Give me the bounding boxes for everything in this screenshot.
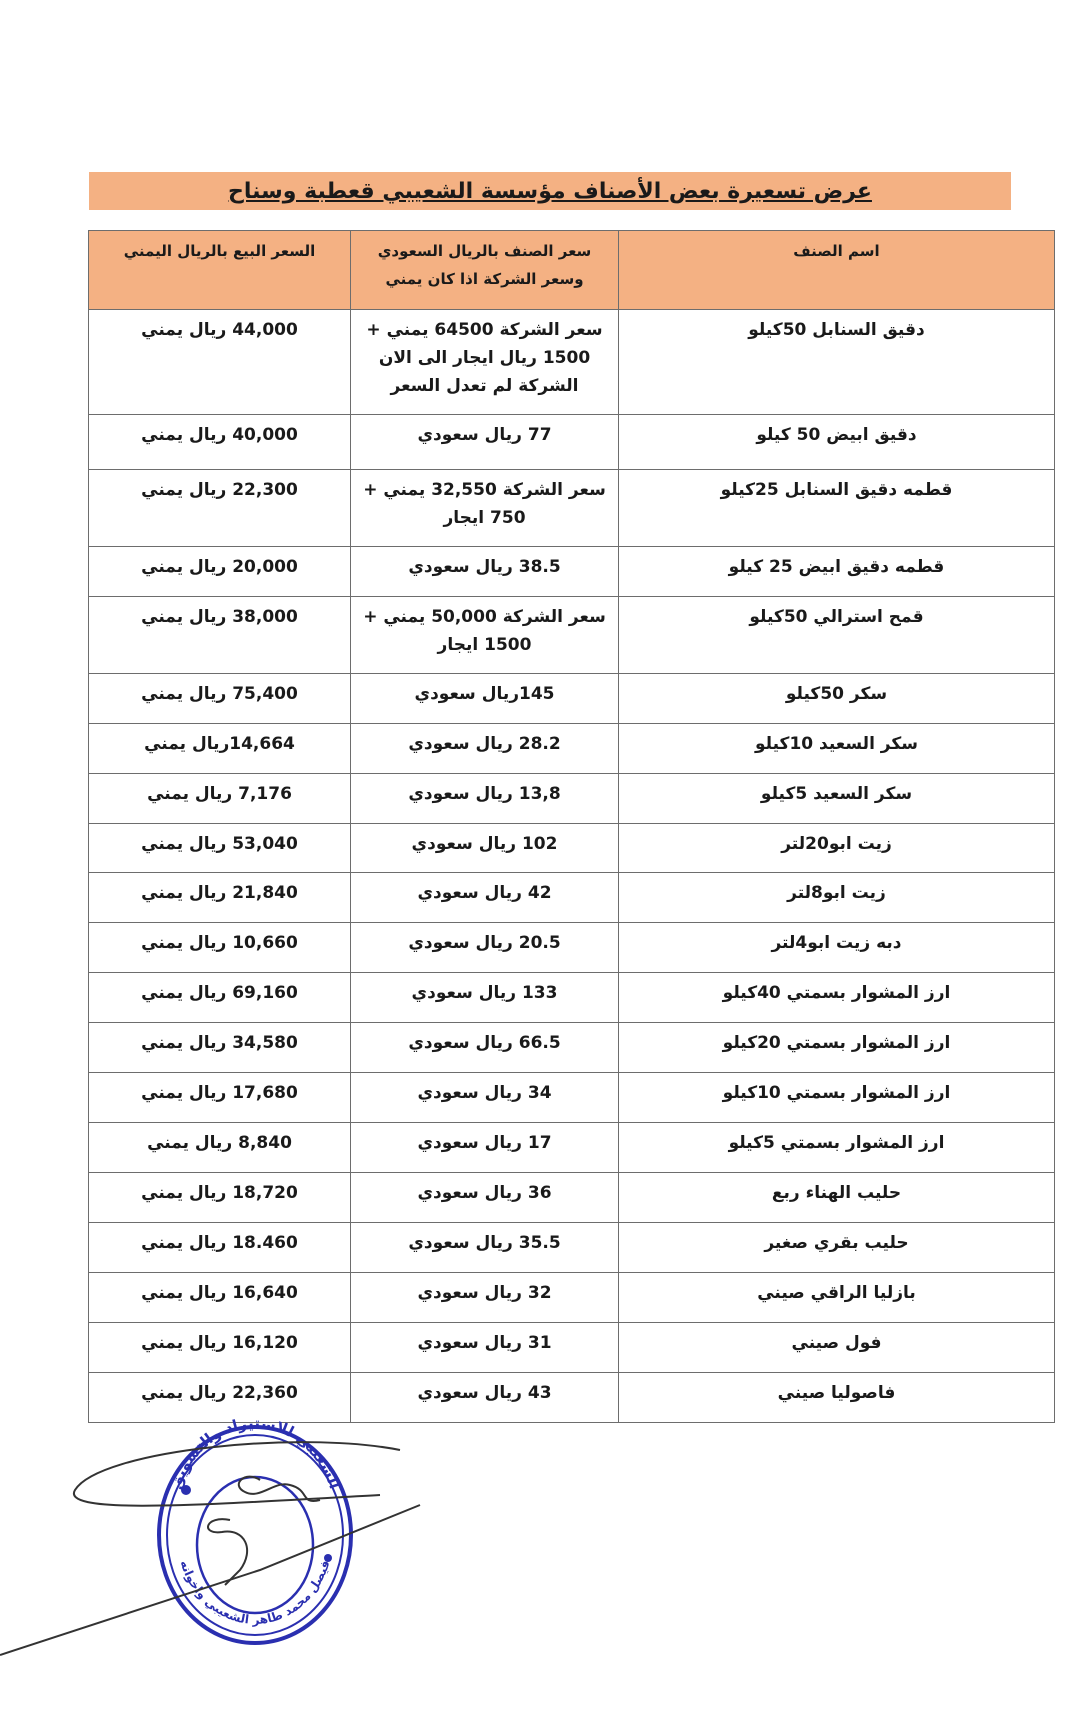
table-row: سكر السعيد 10كيلو28.2 ريال سعودي14,664ري… bbox=[89, 724, 1055, 774]
table-row: دبه زيت ابو4لتر20.5 ريال سعودي10,660 ريا… bbox=[89, 923, 1055, 973]
item-name-cell: دبه زيت ابو4لتر bbox=[619, 923, 1055, 973]
yer-price-cell: 22,300 ريال يمني bbox=[89, 470, 351, 547]
yer-price-cell: 38,000 ريال يمني bbox=[89, 597, 351, 674]
table-row: ارز المشوار بسمتي 40كيلو133 ريال سعودي69… bbox=[89, 973, 1055, 1023]
signature-icon bbox=[0, 1442, 420, 1655]
table-row: دقيق السنابل 50كيلوسعر الشركة 64500 يمني… bbox=[89, 310, 1055, 415]
item-name-cell: فاصوليا صيني bbox=[619, 1373, 1055, 1423]
svg-text:الشعيبي للاستيراد والتسويق: الشعيبي للاستيراد والتسويق bbox=[166, 1414, 344, 1491]
sar-price-cell: 145ريال سعودي bbox=[351, 674, 619, 724]
yer-price-cell: 16,640 ريال يمني bbox=[89, 1273, 351, 1323]
sar-price-cell: 36 ريال سعودي bbox=[351, 1173, 619, 1223]
table-row: حليب بقري صغير35.5 ريال سعودي18.460 ريال… bbox=[89, 1223, 1055, 1273]
yer-price-cell: 17,680 ريال يمني bbox=[89, 1073, 351, 1123]
yer-price-cell: 18.460 ريال يمني bbox=[89, 1223, 351, 1273]
item-name-cell: زيت ابو8لتر bbox=[619, 873, 1055, 923]
table-row: ارز المشوار بسمتي 10كيلو34 ريال سعودي17,… bbox=[89, 1073, 1055, 1123]
item-name-cell: ارز المشوار بسمتي 40كيلو bbox=[619, 973, 1055, 1023]
sar-price-cell: 66.5 ريال سعودي bbox=[351, 1023, 619, 1073]
yer-price-cell: 8,840 ريال يمني bbox=[89, 1123, 351, 1173]
item-name-cell: حليب الهناء ربع bbox=[619, 1173, 1055, 1223]
sar-price-cell: 13,8 ريال سعودي bbox=[351, 774, 619, 824]
table-row: قطمه دقيق السنابل 25كيلوسعر الشركة 32,55… bbox=[89, 470, 1055, 547]
sar-price-cell: 32 ريال سعودي bbox=[351, 1273, 619, 1323]
yer-price-cell: 34,580 ريال يمني bbox=[89, 1023, 351, 1073]
yer-price-cell: 75,400 ريال يمني bbox=[89, 674, 351, 724]
document-title: عرض تسعيرة بعض الأصناف مؤسسة الشعيبي قعط… bbox=[228, 179, 872, 204]
table-row: سكر 50كيلو145ريال سعودي75,400 ريال يمني bbox=[89, 674, 1055, 724]
item-name-cell: دقيق السنابل 50كيلو bbox=[619, 310, 1055, 415]
sar-price-cell: 35.5 ريال سعودي bbox=[351, 1223, 619, 1273]
item-name-cell: ارز المشوار بسمتي 5كيلو bbox=[619, 1123, 1055, 1173]
sar-price-cell: سعر الشركة 64500 يمني + 1500 ريال ايجار … bbox=[351, 310, 619, 415]
yer-price-cell: 16,120 ريال يمني bbox=[89, 1323, 351, 1373]
table-row: ارز المشوار بسمتي 20كيلو66.5 ريال سعودي3… bbox=[89, 1023, 1055, 1073]
item-name-cell: بازليا الراقي صيني bbox=[619, 1273, 1055, 1323]
item-name-cell: حليب بقري صغير bbox=[619, 1223, 1055, 1273]
yer-price-cell: 20,000 ريال يمني bbox=[89, 547, 351, 597]
item-name-cell: زيت ابو20لتر bbox=[619, 824, 1055, 873]
table-row: فول صيني31 ريال سعودي16,120 ريال يمني bbox=[89, 1323, 1055, 1373]
item-name-cell: قطمه دقيق السنابل 25كيلو bbox=[619, 470, 1055, 547]
yer-price-cell: 53,040 ريال يمني bbox=[89, 824, 351, 873]
sar-price-cell: 17 ريال سعودي bbox=[351, 1123, 619, 1173]
header-yer-price: السعر البيع بالريال اليمني bbox=[89, 231, 351, 310]
sar-price-cell: 31 ريال سعودي bbox=[351, 1323, 619, 1373]
item-name-cell: سكر السعيد 5كيلو bbox=[619, 774, 1055, 824]
yer-price-cell: 10,660 ريال يمني bbox=[89, 923, 351, 973]
sar-price-cell: 20.5 ريال سعودي bbox=[351, 923, 619, 973]
header-sar-price: سعر الصنف بالريال السعودي وسعر الشركة اذ… bbox=[351, 231, 619, 310]
sar-price-cell: 28.2 ريال سعودي bbox=[351, 724, 619, 774]
yer-price-cell: 69,160 ريال يمني bbox=[89, 973, 351, 1023]
sar-price-cell: سعر الشركة 32,550 يمني + 750 ايجار bbox=[351, 470, 619, 547]
item-name-cell: فول صيني bbox=[619, 1323, 1055, 1373]
sar-price-cell: 77 ريال سعودي bbox=[351, 415, 619, 470]
table-row: زيت ابو20لتر102 ريال سعودي53,040 ريال يم… bbox=[89, 824, 1055, 873]
table-row: زيت ابو8لتر42 ريال سعودي21,840 ريال يمني bbox=[89, 873, 1055, 923]
item-name-cell: ارز المشوار بسمتي 20كيلو bbox=[619, 1023, 1055, 1073]
sar-price-cell: 42 ريال سعودي bbox=[351, 873, 619, 923]
yer-price-cell: 21,840 ريال يمني bbox=[89, 873, 351, 923]
sar-price-cell: 133 ريال سعودي bbox=[351, 973, 619, 1023]
yer-price-cell: 44,000 ريال يمني bbox=[89, 310, 351, 415]
yer-price-cell: 7,176 ريال يمني bbox=[89, 774, 351, 824]
sar-price-cell: 38.5 ريال سعودي bbox=[351, 547, 619, 597]
table-header-row: اسم الصنف سعر الصنف بالريال السعودي وسعر… bbox=[89, 231, 1055, 310]
item-name-cell: سكر 50كيلو bbox=[619, 674, 1055, 724]
price-table: اسم الصنف سعر الصنف بالريال السعودي وسعر… bbox=[88, 230, 1055, 1423]
yer-price-cell: 14,664ريال يمني bbox=[89, 724, 351, 774]
company-stamp-and-signature: الشعيبي للاستيراد والتسويق فيصل محمد طاه… bbox=[0, 1410, 520, 1710]
table-row: سكر السعيد 5كيلو13,8 ريال سعودي7,176 ريا… bbox=[89, 774, 1055, 824]
document-title-bar: عرض تسعيرة بعض الأصناف مؤسسة الشعيبي قعط… bbox=[89, 172, 1011, 210]
item-name-cell: دقيق ابيض 50 كيلو bbox=[619, 415, 1055, 470]
table-row: ارز المشوار بسمتي 5كيلو17 ريال سعودي8,84… bbox=[89, 1123, 1055, 1173]
stamp-icon: الشعيبي للاستيراد والتسويق فيصل محمد طاه… bbox=[159, 1414, 351, 1643]
sar-price-cell: سعر الشركة 50,000 يمني + 1500 ايجار bbox=[351, 597, 619, 674]
table-row: قمح استرالي 50كيلوسعر الشركة 50,000 يمني… bbox=[89, 597, 1055, 674]
table-row: دقيق ابيض 50 كيلو77 ريال سعودي40,000 ريا… bbox=[89, 415, 1055, 470]
header-item-name: اسم الصنف bbox=[619, 231, 1055, 310]
item-name-cell: قطمه دقيق ابيض 25 كيلو bbox=[619, 547, 1055, 597]
table-row: بازليا الراقي صيني32 ريال سعودي16,640 ري… bbox=[89, 1273, 1055, 1323]
yer-price-cell: 40,000 ريال يمني bbox=[89, 415, 351, 470]
item-name-cell: سكر السعيد 10كيلو bbox=[619, 724, 1055, 774]
table-row: قطمه دقيق ابيض 25 كيلو38.5 ريال سعودي20,… bbox=[89, 547, 1055, 597]
yer-price-cell: 18,720 ريال يمني bbox=[89, 1173, 351, 1223]
item-name-cell: قمح استرالي 50كيلو bbox=[619, 597, 1055, 674]
table-row: حليب الهناء ربع36 ريال سعودي18,720 ريال … bbox=[89, 1173, 1055, 1223]
sar-price-cell: 102 ريال سعودي bbox=[351, 824, 619, 873]
item-name-cell: ارز المشوار بسمتي 10كيلو bbox=[619, 1073, 1055, 1123]
sar-price-cell: 34 ريال سعودي bbox=[351, 1073, 619, 1123]
